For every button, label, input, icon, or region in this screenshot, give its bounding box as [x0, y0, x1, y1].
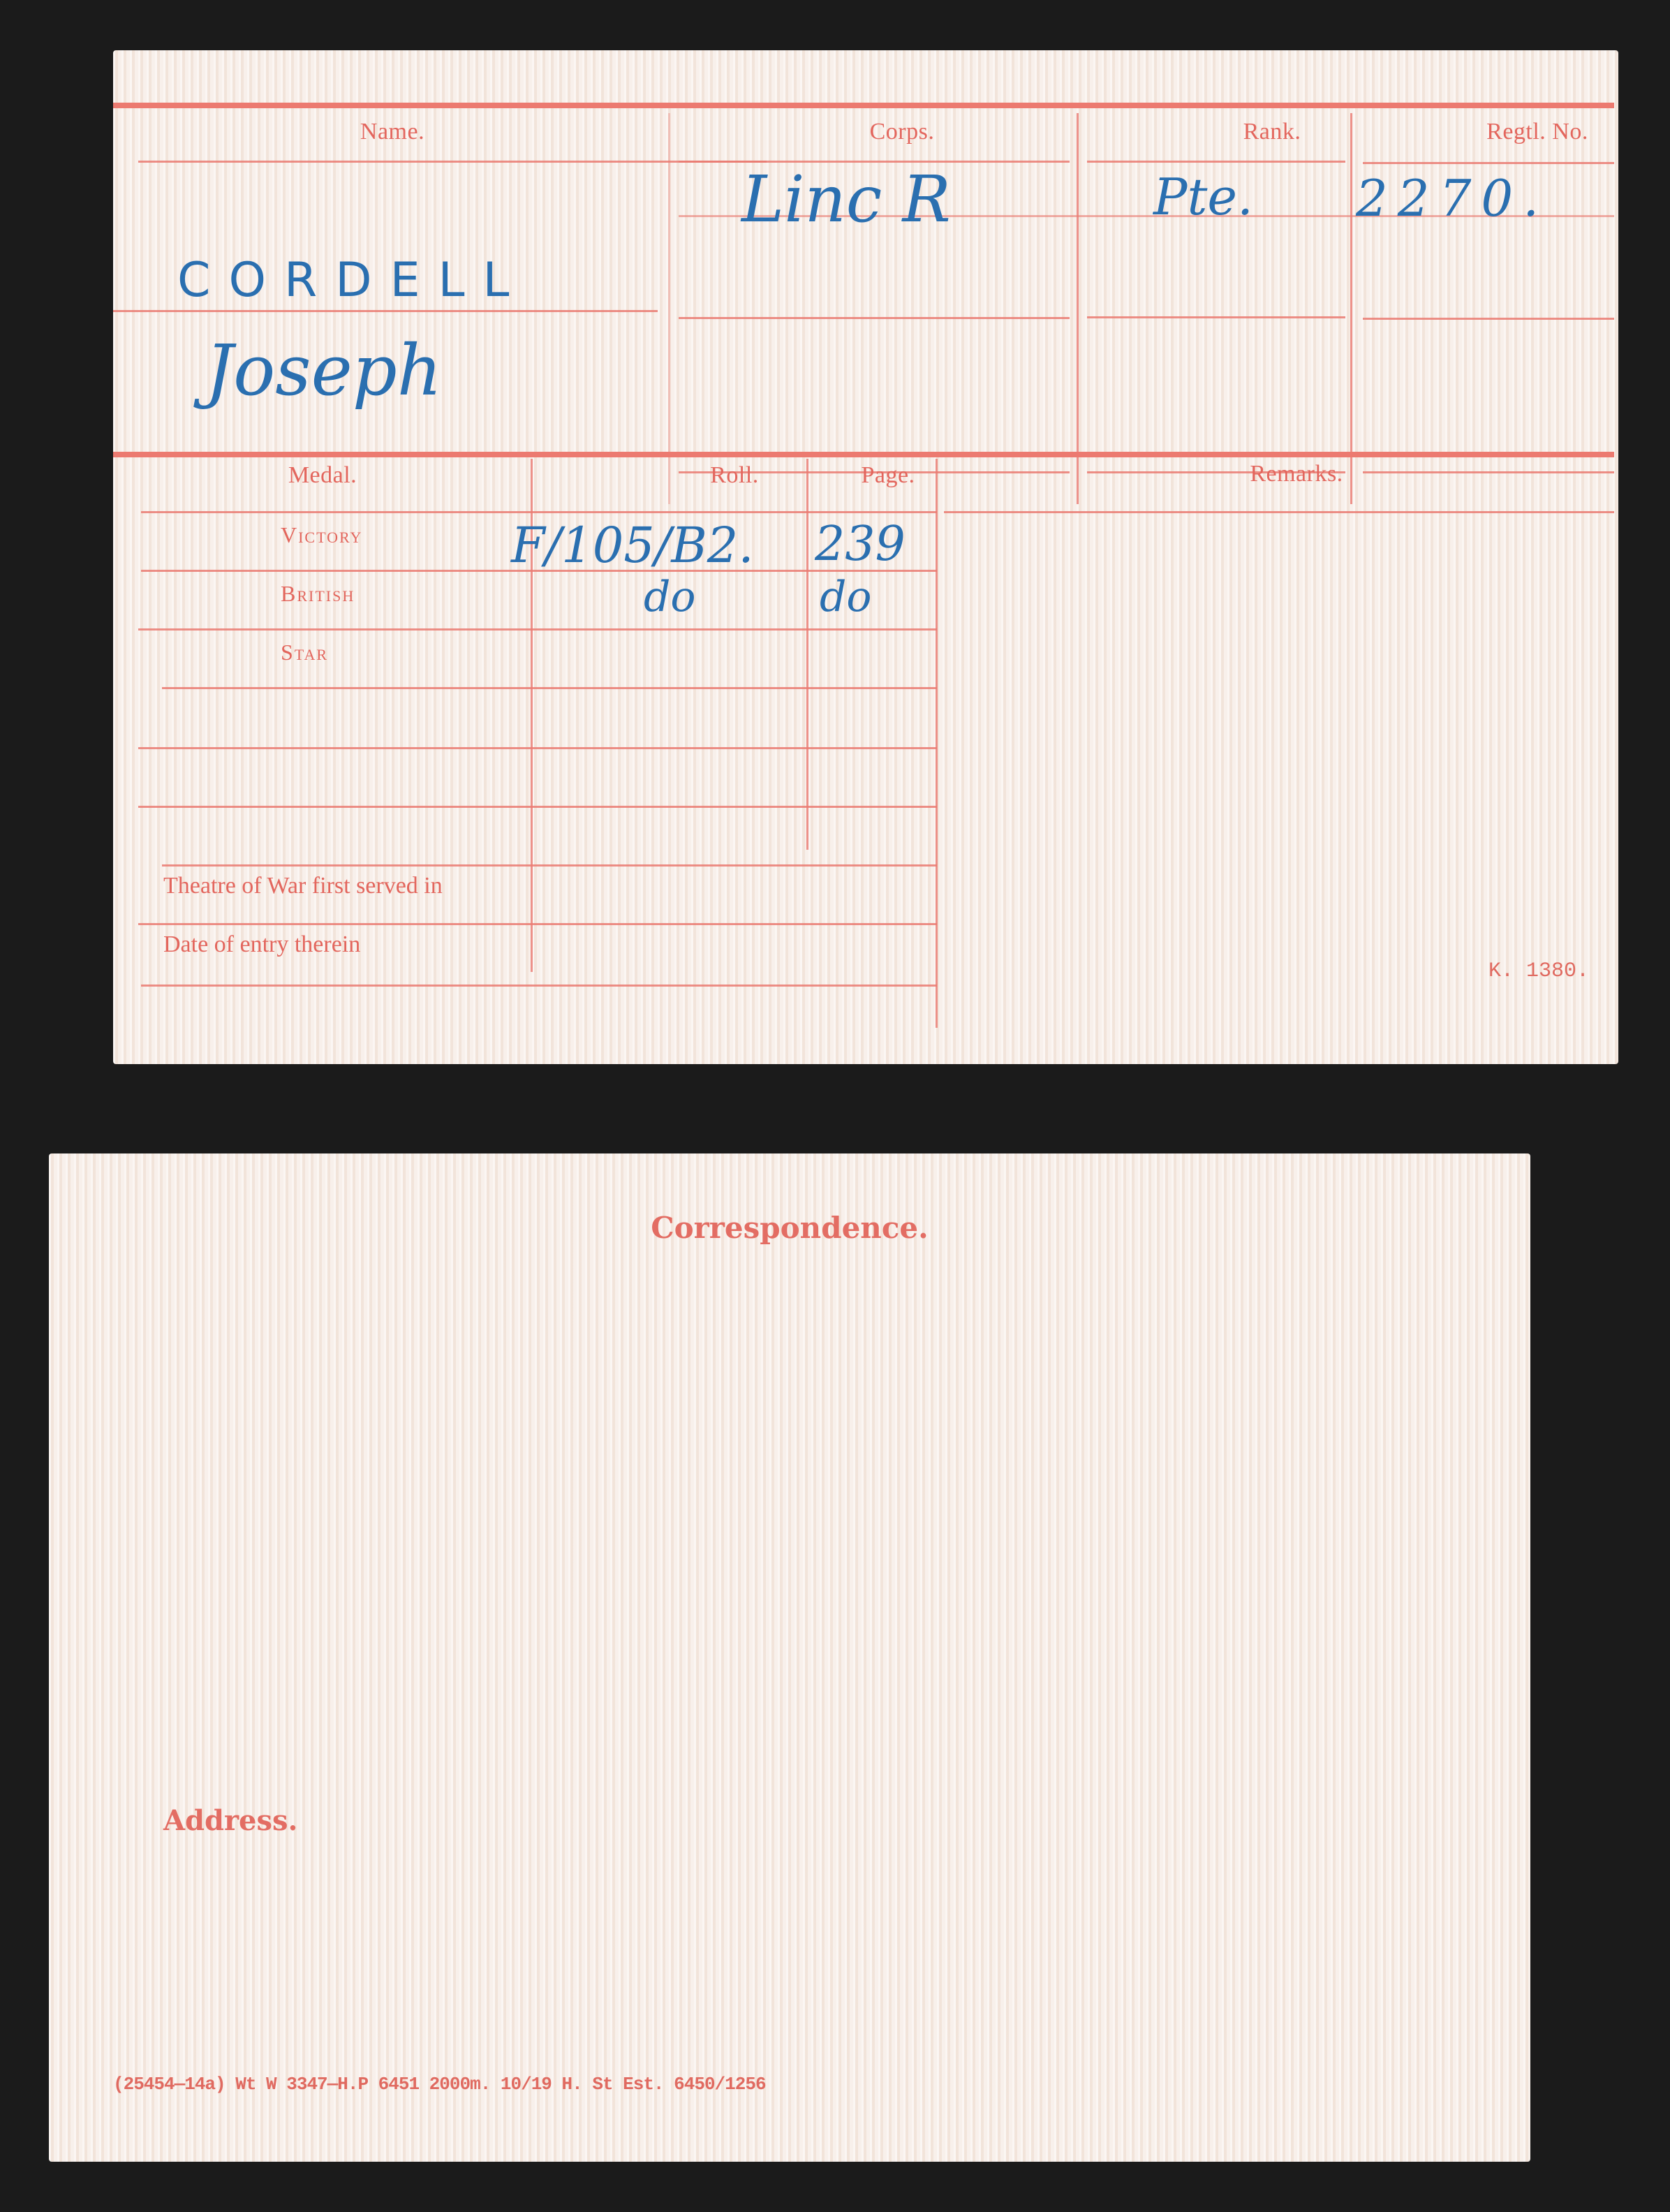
roll-page-divider [806, 459, 808, 850]
header-remarks: Remarks. [1209, 461, 1384, 487]
correspondence-title: Correspondence. [49, 1211, 1530, 1245]
medal-rule-5 [138, 747, 937, 749]
medal-british: British [281, 581, 355, 607]
forename-entry: Joseph [205, 330, 442, 411]
victory-page-entry: 239 [815, 517, 906, 572]
rank-rule-1 [1087, 161, 1345, 163]
corps-rule-2 [679, 317, 1070, 319]
medal-rule-3 [138, 628, 937, 631]
form-code: K. 1380. [1488, 959, 1589, 983]
name-header-rule [138, 161, 767, 163]
medal-star: Star [281, 640, 328, 665]
medal-victory: Victory [281, 522, 362, 548]
header-regt-no: Regtl. No. [1461, 119, 1614, 145]
header-medal: Medal. [260, 462, 385, 489]
medal-rule-1 [141, 511, 937, 513]
corps-entry: Linc R [741, 162, 951, 237]
rank-regt-divider [1350, 113, 1352, 504]
page-remarks-divider [936, 459, 938, 1028]
theatre-of-war-label: Theatre of War first served in [163, 873, 443, 899]
victory-roll-entry: F/105/B2. [511, 517, 754, 574]
corps-left-divider [668, 113, 670, 504]
regt-rule-1 [1363, 162, 1614, 164]
medal-rule-9 [141, 985, 937, 987]
printer-code: (25454—14a) Wt W 3347—H.P 6451 2000m. 10… [113, 2074, 766, 2095]
remarks-rule [944, 511, 1614, 513]
regt-no-entry: 2270. [1356, 169, 1549, 228]
surname-entry: CORDELL [177, 253, 527, 308]
corps-rank-divider [1077, 113, 1079, 504]
medal-index-card-front: Name. Corps. Rank. Regtl. No. CORDELL Jo… [113, 50, 1618, 1064]
regt-rule-3 [1363, 471, 1614, 473]
british-roll-entry: do [644, 573, 696, 621]
medal-rule-7 [162, 864, 937, 867]
rank-entry: Pte. [1153, 168, 1253, 226]
medal-index-card-back: Correspondence. Address. (25454—14a) Wt … [49, 1153, 1530, 2162]
surname-rule [113, 310, 658, 312]
rank-rule-2 [1087, 316, 1345, 318]
header-roll: Roll. [665, 462, 804, 489]
medal-rule-8 [138, 923, 937, 925]
medal-rule-6 [138, 806, 937, 808]
mid-rule [113, 452, 1614, 457]
header-rank: Rank. [1202, 119, 1342, 145]
top-rule [113, 103, 1614, 108]
header-name: Name. [323, 119, 462, 145]
medal-rule-4 [162, 687, 937, 689]
british-page-entry: do [820, 573, 872, 621]
address-label: Address. [163, 1804, 297, 1837]
header-corps: Corps. [832, 119, 972, 145]
regt-rule-2 [1363, 318, 1614, 320]
date-of-entry-label: Date of entry therein [163, 931, 360, 958]
